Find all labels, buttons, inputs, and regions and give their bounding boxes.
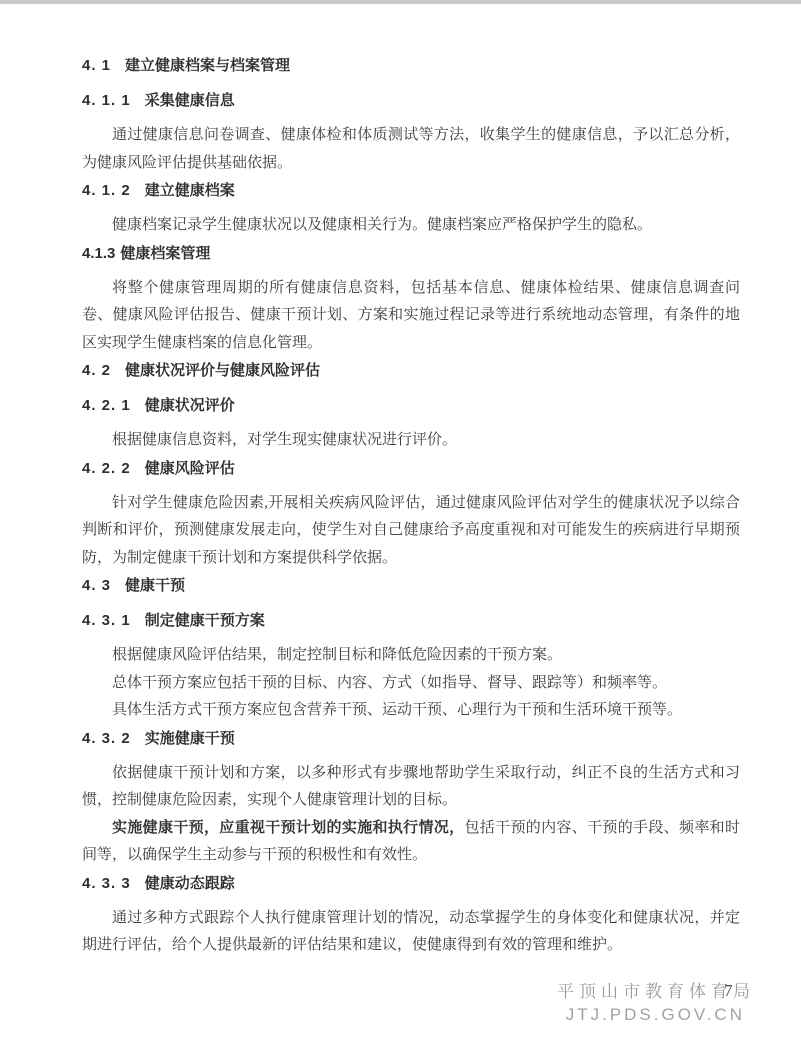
section-title: 健康档案管理 [120,245,210,262]
section-title: 健康状况评价与健康风险评估 [125,362,320,379]
paragraph: 将整个健康管理周期的所有健康信息资料，包括基本信息、健康体检结果、健康信息调查问… [82,275,740,358]
section-title: 建立健康档案 [145,182,235,199]
paragraph: 通过多种方式跟踪个人执行健康管理计划的情况，动态掌握学生的身体变化和健康状况，并… [82,905,740,960]
section-title: 建立健康档案与档案管理 [125,57,290,74]
section-title: 实施健康干预 [145,730,235,747]
section-heading-4-3-3: 4. 3. 3健康动态跟踪 [82,870,740,905]
section-number: 4. 1. 2 [82,182,131,199]
page-number: 7 [724,981,733,1001]
section-heading-4-1: 4. 1建立健康档案与档案管理 [82,52,740,87]
paragraph: 依据健康干预计划和方案，以多种形式有步骤地帮助学生采取行动，纠正不良的生活方式和… [82,760,740,815]
emphasized-text: 实施健康干预，应重视干预计划的实施和执行情况， [112,820,464,836]
section-title: 采集健康信息 [145,92,235,109]
section-heading-4-1-2: 4. 1. 2建立健康档案 [82,177,740,212]
section-title: 健康风险评估 [145,460,235,477]
section-title: 健康状况评价 [145,397,235,414]
paragraph: 健康档案记录学生健康状况以及健康相关行为。健康档案应严格保护学生的隐私。 [82,212,740,240]
paragraph: 根据健康信息资料，对学生现实健康状况进行评价。 [82,427,740,455]
watermark-url: JTJ.PDS.GOV.CN [557,1003,745,1026]
section-number: 4. 3. 2 [82,730,131,747]
paragraph: 针对学生健康危险因素,开展相关疾病风险评估，通过健康风险评估对学生的健康状况予以… [82,490,740,573]
section-number: 4. 3. 3 [82,875,131,892]
document-body: 4. 1建立健康档案与档案管理 4. 1. 1采集健康信息 通过健康信息问卷调查… [0,0,801,960]
paragraph: 根据健康风险评估结果，制定控制目标和降低危险因素的干预方案。 [82,642,740,670]
section-number: 4. 3. 1 [82,612,131,629]
paragraph: 总体干预方案应包括干预的目标、内容、方式（如指导、督导、跟踪等）和频率等。 [82,670,740,698]
section-number: 4. 1. 1 [82,92,131,109]
section-heading-4-3: 4. 3健康干预 [82,572,740,607]
section-number: 4.1.3 [82,245,115,262]
section-heading-4-2-2: 4. 2. 2健康风险评估 [82,455,740,490]
paragraph: 通过健康信息问卷调查、健康体检和体质测试等方法，收集学生的健康信息，予以汇总分析… [82,122,740,177]
section-heading-4-3-1: 4. 3. 1制定健康干预方案 [82,607,740,642]
section-number: 4. 2. 1 [82,397,131,414]
section-number: 4. 2 [82,362,111,379]
section-number: 4. 3 [82,577,111,594]
section-heading-4-1-3: 4.1.3健康档案管理 [82,240,740,275]
section-heading-4-3-2: 4. 3. 2实施健康干预 [82,725,740,760]
paragraph: 具体生活方式干预方案应包含营养干预、运动干预、心理行为干预和生活环境干预等。 [82,697,740,725]
section-title: 健康动态跟踪 [145,875,235,892]
section-heading-4-2: 4. 2健康状况评价与健康风险评估 [82,357,740,392]
section-heading-4-2-1: 4. 2. 1健康状况评价 [82,392,740,427]
document-page: { "colors": { "body_text": "#3a3a3a", "h… [0,0,801,1042]
section-heading-4-1-1: 4. 1. 1采集健康信息 [82,87,740,122]
section-title: 健康干预 [125,577,185,594]
paragraph: 实施健康干预，应重视干预计划的实施和执行情况，包括干预的内容、干预的手段、频率和… [82,815,740,870]
section-title: 制定健康干预方案 [145,612,265,629]
section-number: 4. 1 [82,57,111,74]
section-number: 4. 2. 2 [82,460,131,477]
